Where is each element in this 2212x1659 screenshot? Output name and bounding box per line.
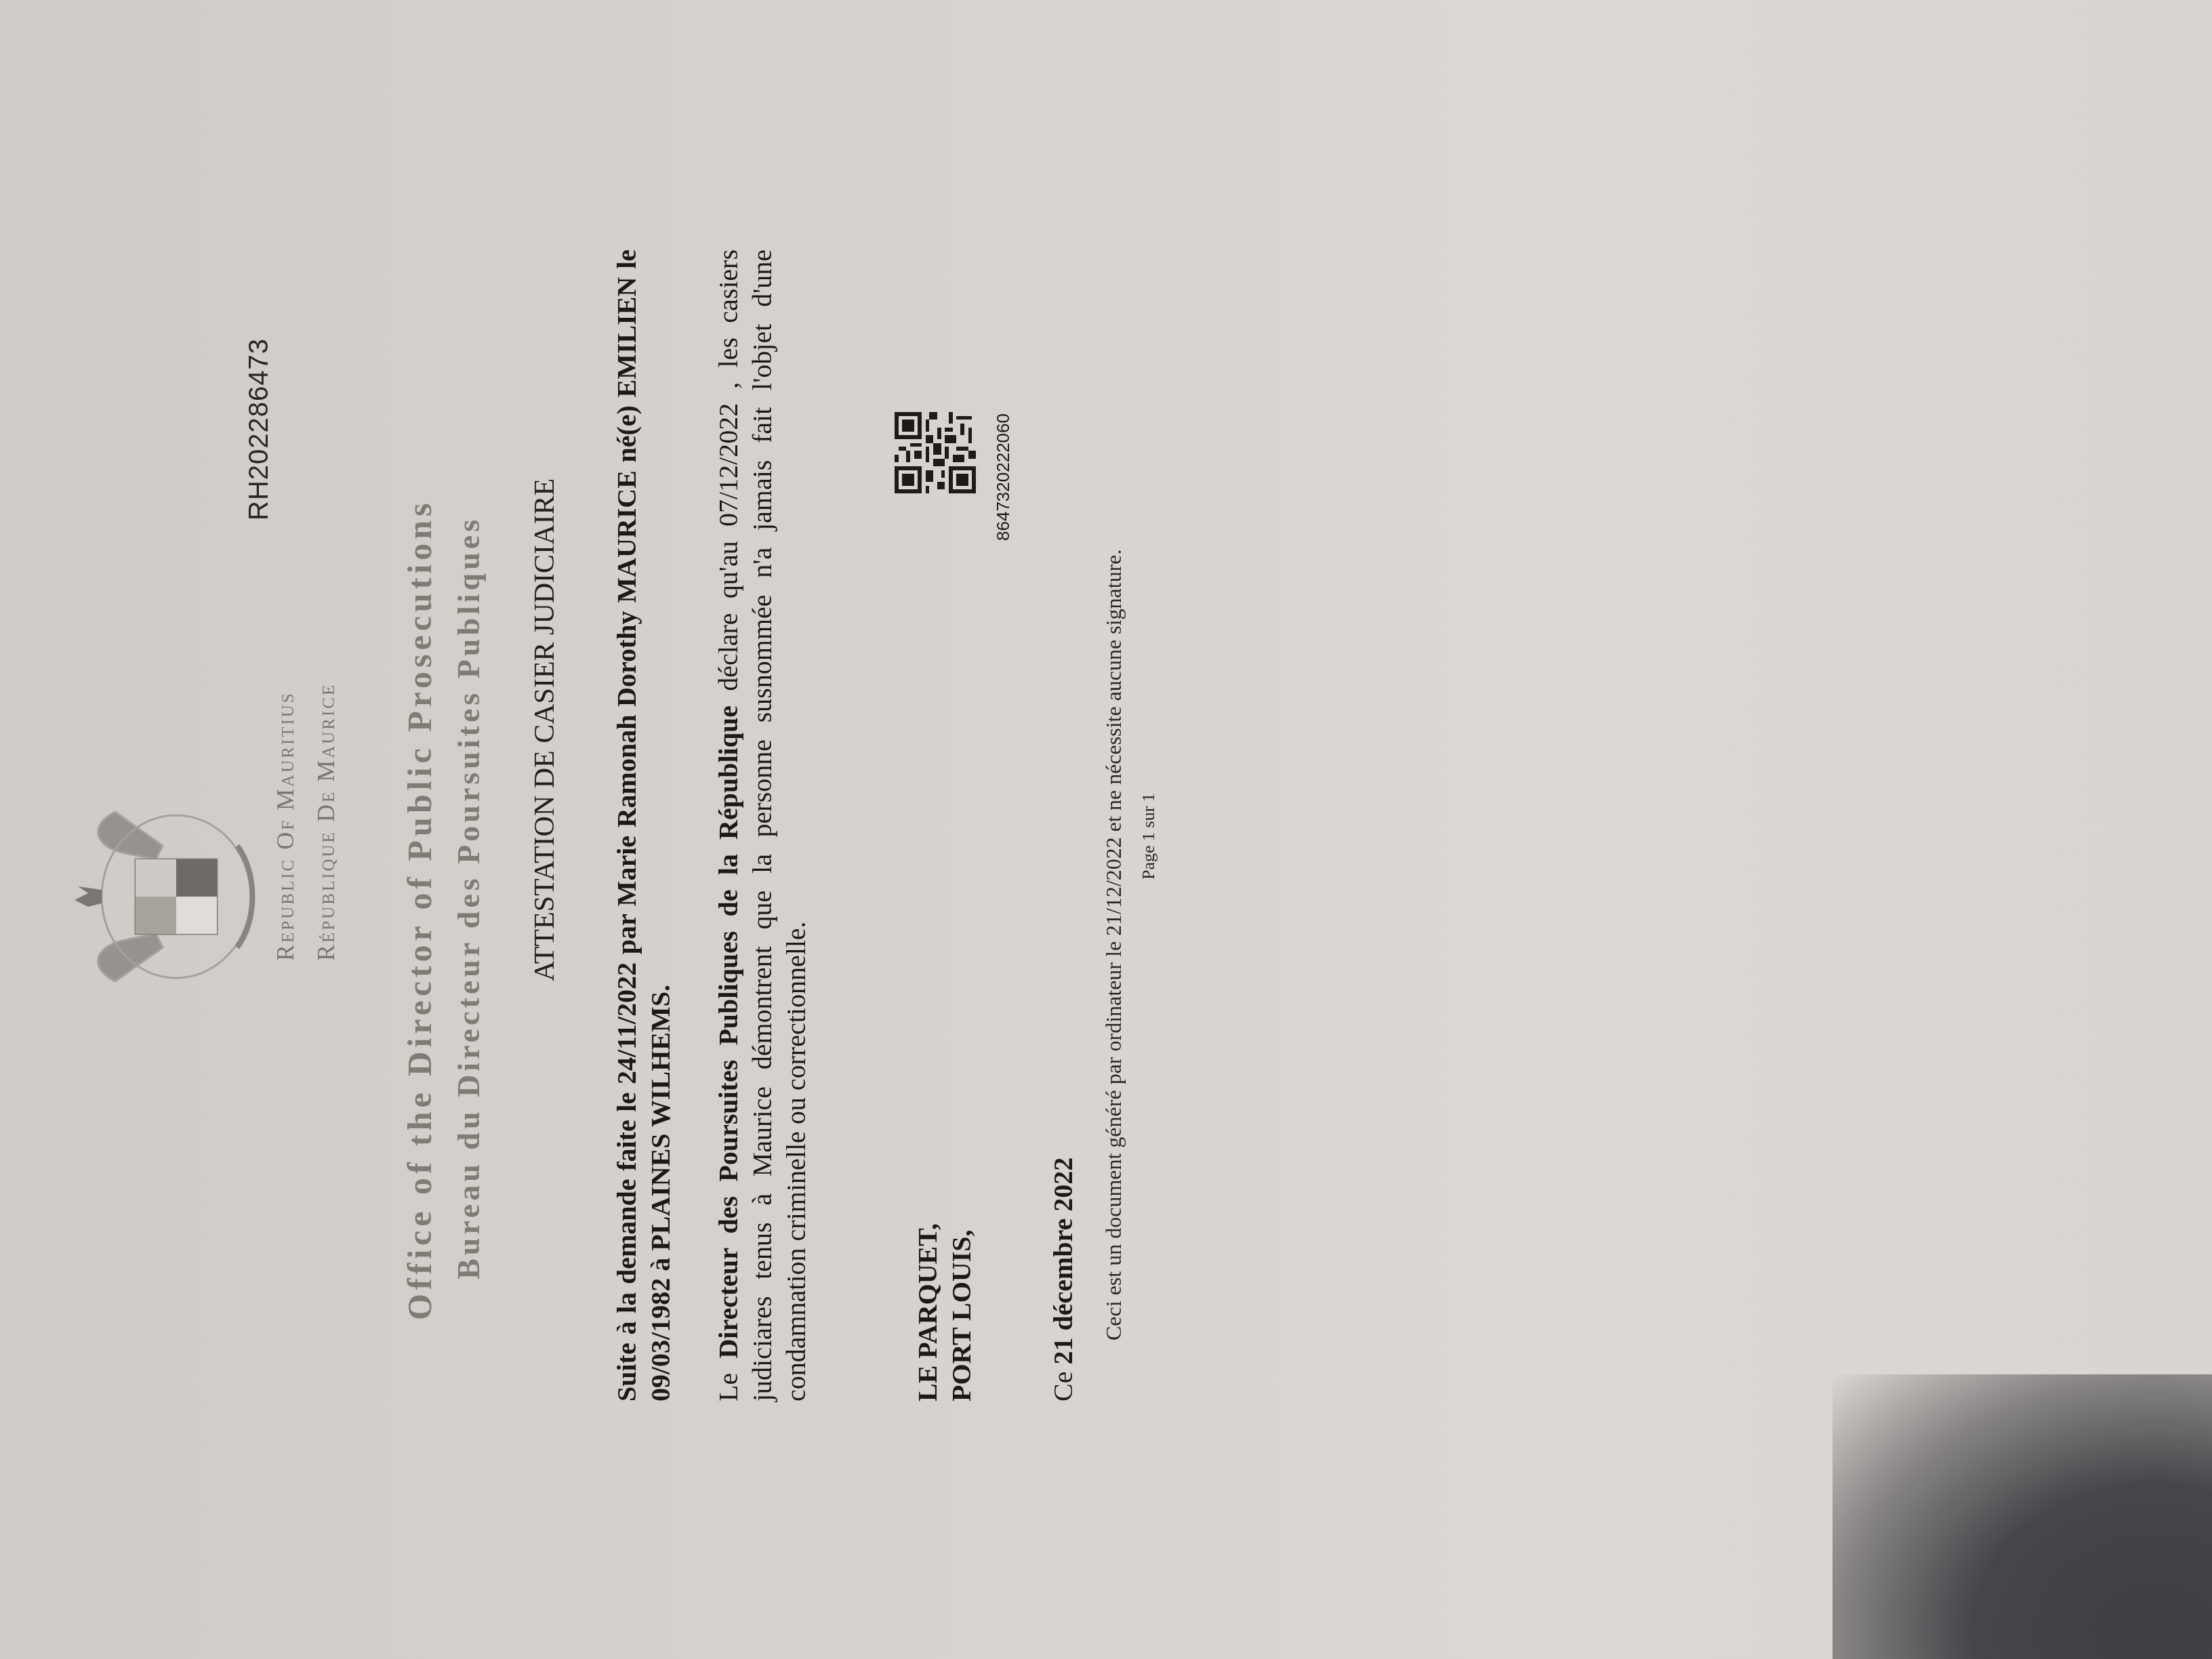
issue-date: 21 décembre 2022: [1048, 1158, 1078, 1365]
request-text: Suite à la demande faite le: [611, 1084, 642, 1401]
reference-number: RH202286473: [244, 338, 274, 520]
footer-text: et ne nécessite aucune signature.: [1101, 549, 1126, 837]
declaring-authority: Directeur des Poursuites Publiques de la…: [713, 705, 743, 1359]
issue-date-line: Ce 21 décembre 2022: [1047, 1158, 1079, 1401]
republic-name-english: Republic Of Mauritius: [271, 691, 300, 961]
place-line-2: PORT LOUIS,: [945, 1230, 977, 1401]
records-date: 07/12/2022: [713, 403, 743, 527]
page-indicator: Page 1 sur 1: [1139, 793, 1159, 880]
applicant-name: Marie Ramonah Dorothy MAURICE: [611, 470, 642, 906]
footer-text: Ceci est un document généré par ordinate…: [1101, 936, 1126, 1340]
birth-surname: EMILIEN: [611, 277, 642, 398]
office-name-french: Bureau du Directeur des Poursuites Publi…: [451, 516, 487, 1279]
declaration-text: déclare qu'au: [713, 527, 743, 705]
request-paragraph: Suite à la demande faite le 24/11/2022 p…: [610, 249, 678, 1401]
request-text: .: [645, 985, 676, 991]
request-text: né(e): [611, 397, 642, 470]
request-text: le: [611, 249, 642, 277]
declaration-paragraph: Le Directeur des Poursuites Publiques de…: [712, 249, 813, 1401]
republic-name-french: République De Maurice: [312, 683, 340, 961]
birth-date: 09/03/1982: [645, 1278, 676, 1401]
request-text: par: [611, 906, 642, 962]
office-name-english: Office of the Director of Public Prosecu…: [400, 499, 439, 1320]
place-line-1: LE PARQUET,: [912, 1223, 943, 1401]
declaration-text: Le: [713, 1359, 743, 1401]
qr-code-icon: [895, 412, 976, 493]
document-title: ATTESTATION DE CASIER JUDICIAIRE: [529, 478, 561, 981]
document-page: RH202286473 Republic Of Mauritius Républ…: [0, 0, 2212, 1659]
footer-note: Ceci est un document généré par ordinate…: [1101, 549, 1126, 1340]
generated-date: 21/12/2022: [1101, 837, 1126, 936]
qr-code-number: 8647320222060: [993, 413, 1014, 541]
mauritius-coat-of-arms-icon: [75, 785, 271, 1008]
request-date: 24/11/2022: [611, 962, 642, 1084]
issue-date-prefix: Ce: [1048, 1365, 1078, 1401]
birth-place: PLAINES WILHEMS: [645, 991, 676, 1251]
request-text: à: [645, 1251, 676, 1278]
